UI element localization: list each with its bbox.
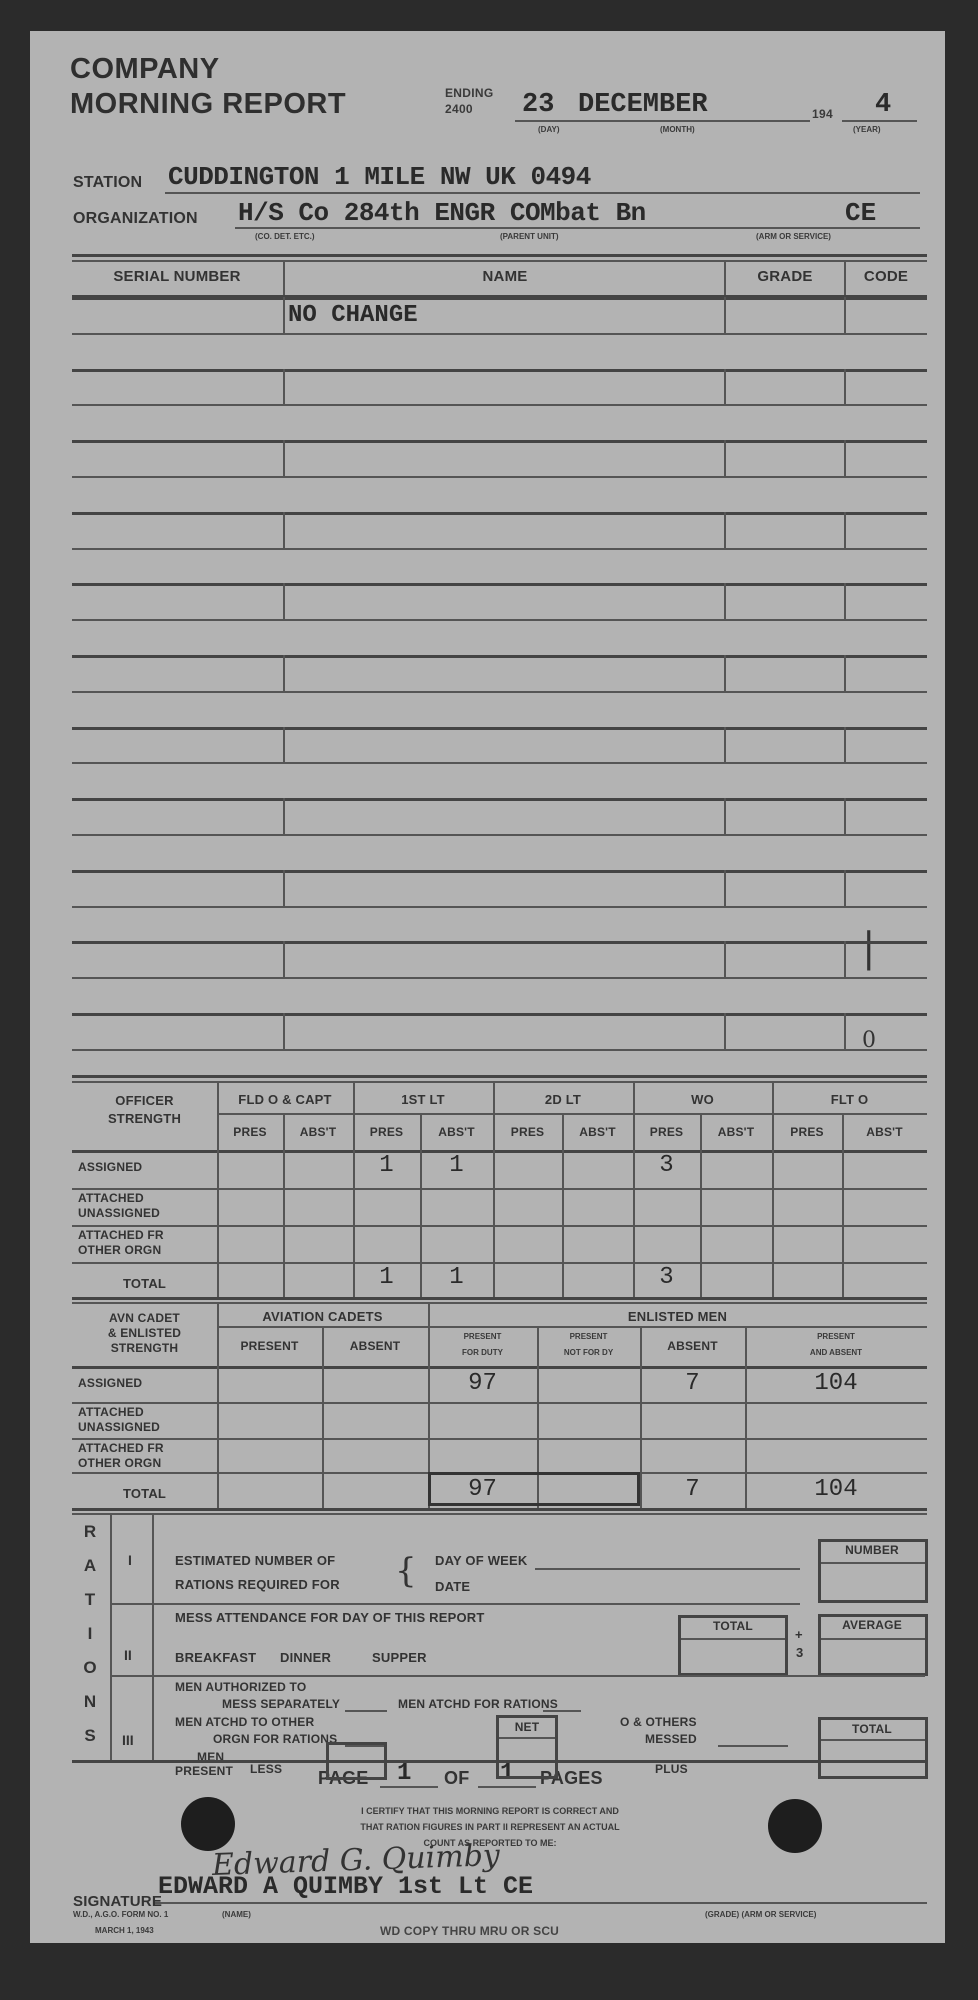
officer-row-label-2: UNASSIGNED	[78, 1206, 160, 1220]
caption-parent: (PARENT UNIT)	[500, 232, 559, 241]
officer-group-0: FLD O & CAPT	[217, 1092, 353, 1107]
officer-sub-header: ABS'T	[842, 1125, 927, 1139]
month-caption: (MONTH)	[660, 125, 695, 134]
enlisted-title-line: STRENGTH	[72, 1341, 217, 1355]
others-1: O & OTHERS	[620, 1715, 697, 1729]
row-rule	[72, 691, 927, 693]
officer-cell[interactable]: 1	[420, 1152, 493, 1179]
net-rule	[499, 1737, 555, 1739]
officer-col-divider	[562, 1113, 564, 1297]
officer-group-2: 2D LT	[493, 1092, 633, 1107]
certify-line: THAT RATION FIGURES IN PART II REPRESENT…	[270, 1819, 710, 1835]
routing-text: WD COPY THRU MRU OR SCU	[380, 1924, 559, 1938]
officer-cell[interactable]: 3	[633, 1264, 700, 1291]
organization-arm[interactable]: CE	[845, 198, 876, 228]
officer-row-label: ATTACHED	[78, 1191, 144, 1206]
station-underline	[165, 192, 920, 194]
officer-sub-header: ABS'T	[283, 1125, 353, 1139]
average-rule	[821, 1638, 925, 1640]
row-rule	[72, 512, 927, 515]
officer-group-4: FLT O	[772, 1092, 927, 1107]
row-rule	[72, 762, 927, 764]
mess-total-label: TOTAL	[678, 1619, 788, 1633]
officer-row-rule	[72, 1225, 927, 1227]
enlisted-sub-header-2: AND ABSENT	[745, 1348, 927, 1357]
enlisted-header-rule	[72, 1366, 927, 1369]
header-serial-number: SERIAL NUMBER	[72, 268, 282, 285]
officer-sub-header: PRES	[217, 1125, 283, 1139]
col-divider	[724, 655, 726, 691]
header-grade: GRADE	[725, 268, 845, 285]
col-divider	[844, 798, 846, 834]
row-rule	[72, 655, 927, 658]
enlisted-cell[interactable]: 7	[640, 1476, 745, 1503]
group-aviation-cadets: AVIATION CADETS	[217, 1309, 428, 1324]
brace-icon: {	[395, 1551, 417, 1591]
rations-divider	[110, 1515, 112, 1760]
station-label: STATION	[73, 174, 142, 192]
rations-divider	[152, 1515, 154, 1760]
year-underline	[842, 120, 917, 122]
col-divider	[844, 655, 846, 691]
men-atchd-rations-label: MEN ATCHD FOR RATIONS	[398, 1697, 558, 1711]
name-caption: (NAME)	[222, 1910, 251, 1919]
dinner-label: DINNER	[280, 1650, 331, 1665]
of-label: OF	[444, 1768, 469, 1789]
plus-label: PLUS	[655, 1762, 688, 1776]
number-box-rule	[821, 1562, 925, 1564]
officer-cell[interactable]: 1	[353, 1264, 420, 1291]
group-enlisted-men: ENLISTED MEN	[428, 1309, 927, 1324]
enlisted-cell[interactable]: 104	[745, 1476, 927, 1503]
col-divider	[724, 941, 726, 977]
first-entry[interactable]: NO CHANGE	[288, 302, 418, 329]
officer-sub-header: PRES	[353, 1125, 420, 1139]
col-divider	[724, 369, 726, 405]
mess-total-rule	[681, 1638, 785, 1640]
col-divider	[724, 512, 726, 548]
col-divider	[283, 583, 285, 619]
col-divider	[724, 583, 726, 619]
rations-side-letter: I	[75, 1624, 105, 1644]
col-divider	[844, 941, 846, 977]
row-rule	[72, 440, 927, 443]
officer-row-label: ASSIGNED	[78, 1160, 142, 1175]
col-divider	[283, 655, 285, 691]
row-rule	[72, 977, 927, 979]
officer-sub-header: ABS'T	[700, 1125, 772, 1139]
row-rule	[72, 727, 927, 730]
less-label: LESS	[250, 1762, 282, 1776]
morning-report-form	[30, 31, 945, 1943]
col-divider	[724, 727, 726, 763]
officer-group-rule	[217, 1113, 927, 1115]
row-rule	[72, 870, 927, 873]
men-present-2: PRESENT	[175, 1764, 233, 1778]
cadet-present-header: PRESENT	[217, 1339, 322, 1353]
col-divider	[283, 1013, 285, 1049]
enlisted-bottom-rule	[72, 1508, 927, 1511]
col-divider	[283, 727, 285, 763]
enlisted-sub-header: PRESENT	[428, 1332, 537, 1341]
table-top-rule-2	[72, 260, 927, 262]
enlisted-col-divider	[322, 1326, 324, 1508]
row-rule	[72, 906, 927, 908]
rations-side-letter: A	[75, 1556, 105, 1576]
col-divider	[283, 941, 285, 977]
day-of-week-field[interactable]	[535, 1568, 800, 1570]
rations-bottom-rule	[72, 1760, 927, 1763]
enlisted-sub-header: ABSENT	[640, 1339, 745, 1353]
mess-attendance-title: MESS ATTENDANCE FOR DAY OF THIS REPORT	[175, 1610, 485, 1625]
part-1-numeral: I	[128, 1552, 132, 1568]
col-divider	[724, 1013, 726, 1049]
officer-row-label-2: OTHER ORGN	[78, 1243, 161, 1257]
mess-separately-field[interactable]	[345, 1710, 387, 1712]
col-divider	[724, 297, 726, 333]
header-code: CODE	[846, 268, 926, 285]
col-divider	[724, 262, 726, 297]
report-month[interactable]: DECEMBER	[578, 90, 708, 120]
col-divider	[283, 870, 285, 906]
men-authorized-2: MESS SEPARATELY	[222, 1697, 340, 1711]
day-of-week-label: DAY OF WEEK	[435, 1553, 528, 1568]
row-rule	[72, 404, 927, 406]
enlisted-row-rule	[72, 1438, 927, 1440]
punch-hole-left	[181, 1797, 235, 1851]
officer-cell[interactable]: 1	[353, 1152, 420, 1179]
atchd-rations-field[interactable]	[543, 1710, 581, 1712]
total-present-box	[428, 1472, 640, 1506]
col-divider	[844, 727, 846, 763]
enlisted-bottom-rule-2	[72, 1513, 927, 1515]
divide-plus: +	[795, 1627, 803, 1642]
header-name: NAME	[285, 268, 725, 285]
rations-side-letter: N	[75, 1692, 105, 1712]
page-number[interactable]: 1	[397, 1760, 411, 1787]
col-divider	[283, 798, 285, 834]
rations-side-letter: T	[75, 1590, 105, 1610]
col-divider	[844, 440, 846, 476]
supper-label: SUPPER	[372, 1650, 427, 1665]
part-divider	[110, 1603, 800, 1605]
date-label: DATE	[435, 1579, 470, 1594]
part-1-line2: RATIONS REQUIRED FOR	[175, 1577, 340, 1592]
signature-underline	[155, 1902, 927, 1904]
row-rule	[72, 548, 927, 550]
row-rule	[72, 1013, 927, 1016]
organization-unit[interactable]: H/S Co 284th ENGR COMbat Bn	[238, 198, 646, 228]
col-divider	[724, 440, 726, 476]
organization-underline	[235, 227, 920, 229]
col-divider	[283, 262, 285, 297]
form-date: MARCH 1, 1943	[95, 1926, 154, 1935]
officer-header-rule	[72, 1150, 927, 1153]
punch-hole-right	[768, 1799, 822, 1853]
col-divider	[283, 512, 285, 548]
enlisted-row-rule	[72, 1402, 927, 1404]
row-rule	[72, 619, 927, 621]
officer-col-divider	[700, 1113, 702, 1297]
col-divider	[283, 369, 285, 405]
officer-title-2: STRENGTH	[72, 1110, 217, 1128]
col-divider	[844, 583, 846, 619]
col-divider	[844, 262, 846, 297]
others-field[interactable]	[718, 1745, 788, 1747]
rations-side-letter: O	[75, 1658, 105, 1678]
part-1-line1: ESTIMATED NUMBER OF	[175, 1553, 335, 1568]
officer-group-1: 1ST LT	[353, 1092, 493, 1107]
year-prefix: 194	[812, 107, 833, 121]
part-2-numeral: II	[124, 1647, 132, 1663]
officer-bottom-rule-2	[72, 1302, 927, 1304]
officer-sub-header: PRES	[493, 1125, 562, 1139]
col-divider	[844, 369, 846, 405]
enlisted-row-label-2: UNASSIGNED	[78, 1420, 160, 1434]
part-divider	[110, 1675, 925, 1677]
enlisted-sub-header: PRESENT	[537, 1332, 640, 1341]
signature-label: SIGNATURE	[73, 1893, 162, 1910]
enlisted-sub-header-2: FOR DUTY	[428, 1348, 537, 1357]
row-rule	[72, 798, 927, 801]
col-divider	[724, 870, 726, 906]
enlisted-cell[interactable]: 7	[640, 1370, 745, 1397]
officer-sub-header: PRES	[772, 1125, 842, 1139]
average-label: AVERAGE	[818, 1618, 926, 1632]
row-rule	[72, 297, 927, 300]
enlisted-row-label: ATTACHED	[78, 1405, 144, 1419]
officer-col-divider	[493, 1083, 495, 1297]
signature-typed-name[interactable]: EDWARD A QUIMBY 1st Lt CE	[158, 1872, 533, 1901]
men-atchd-other-1: MEN ATCHD TO OTHER	[175, 1715, 314, 1729]
rations-side-letter: R	[75, 1522, 105, 1542]
col-divider	[283, 440, 285, 476]
officer-row-rule	[72, 1262, 927, 1264]
enlisted-row-label: ASSIGNED	[78, 1376, 142, 1390]
officer-bottom-rule	[72, 1297, 927, 1300]
row-rule	[72, 1049, 927, 1051]
col-divider	[844, 297, 846, 333]
enlisted-title-line: AVN CADET	[72, 1311, 217, 1325]
table-top-rule	[72, 254, 927, 257]
day-caption: (DAY)	[538, 125, 559, 134]
officer-top-rule-2	[72, 1081, 927, 1083]
men-authorized-1: MEN AUTHORIZED TO	[175, 1680, 306, 1694]
officer-top-rule	[72, 1075, 927, 1078]
enlisted-cell[interactable]: 104	[745, 1370, 927, 1397]
enlisted-title-line: & ENLISTED	[72, 1326, 217, 1340]
margin-mark: |	[862, 925, 875, 971]
enlisted-row-label-2: OTHER ORGN	[78, 1456, 161, 1470]
rations-total-rule	[821, 1739, 925, 1741]
ending-time: 2400	[445, 102, 473, 116]
col-divider	[844, 1013, 846, 1049]
officer-col-divider	[217, 1083, 219, 1297]
officer-sub-header: PRES	[633, 1125, 700, 1139]
net-label: NET	[496, 1720, 558, 1734]
officer-title-1: OFFICER	[72, 1092, 217, 1110]
officer-sub-header: ABS'T	[420, 1125, 493, 1139]
officer-col-divider	[772, 1083, 774, 1297]
officer-row-label: ATTACHED FR	[78, 1228, 164, 1243]
enlisted-cell[interactable]: 97	[428, 1370, 537, 1397]
row-rule	[72, 583, 927, 586]
form-number: W.D., A.G.O. FORM NO. 1	[73, 1910, 168, 1919]
officer-cell[interactable]: 3	[633, 1152, 700, 1179]
officer-row-label: TOTAL	[72, 1276, 217, 1291]
officer-strength-title: OFFICER STRENGTH	[72, 1092, 217, 1128]
others-2: MESSED	[645, 1732, 697, 1746]
form-title-line1: COMPANY	[70, 55, 220, 84]
rations-total-label: TOTAL	[818, 1722, 926, 1736]
part-3-numeral: III	[122, 1732, 134, 1748]
certify-line: I CERTIFY THAT THIS MORNING REPORT IS CO…	[270, 1803, 710, 1819]
breakfast-label: BREAKFAST	[175, 1650, 256, 1665]
enlisted-sub-header: PRESENT	[745, 1332, 927, 1341]
caption-unit: (CO. DET. ETC.)	[255, 232, 315, 241]
number-label: NUMBER	[818, 1543, 926, 1557]
cadet-absent-header: ABSENT	[322, 1339, 428, 1353]
officer-group-3: WO	[633, 1092, 772, 1107]
row-rule	[72, 369, 927, 372]
rations-side-letter: S	[75, 1726, 105, 1746]
report-year[interactable]: 4	[875, 90, 891, 120]
officer-col-divider	[283, 1113, 285, 1297]
col-divider	[844, 512, 846, 548]
organization-label: ORGANIZATION	[73, 210, 198, 228]
form-title-line2: MORNING REPORT	[70, 90, 346, 119]
enlisted-row-label: TOTAL	[72, 1486, 217, 1501]
men-atchd-other-2: ORGN FOR RATIONS	[213, 1732, 337, 1746]
col-divider	[844, 870, 846, 906]
enlisted-row-label: ATTACHED FR	[78, 1441, 164, 1455]
station-value[interactable]: CUDDINGTON 1 MILE NW UK 0494	[168, 162, 591, 192]
enlisted-sub-header-2: NOT FOR DY	[537, 1348, 640, 1357]
enlisted-col-divider	[217, 1302, 219, 1508]
officer-cell[interactable]: 1	[420, 1264, 493, 1291]
ending-label: ENDING	[445, 86, 493, 100]
col-divider	[724, 798, 726, 834]
officer-sub-header: ABS'T	[562, 1125, 633, 1139]
date-underline	[515, 120, 810, 122]
officer-col-divider	[842, 1113, 844, 1297]
col-divider	[283, 297, 285, 333]
divide-three: 3	[796, 1645, 803, 1660]
officer-row-rule	[72, 1188, 927, 1190]
report-day[interactable]: 23	[522, 90, 554, 120]
row-rule	[72, 941, 927, 944]
row-rule	[72, 333, 927, 335]
grade-caption: (GRADE) (ARM OR SERVICE)	[705, 1910, 816, 1919]
year-caption: (YEAR)	[853, 125, 881, 134]
row-rule	[72, 834, 927, 836]
caption-arm: (ARM OR SERVICE)	[756, 232, 831, 241]
row-rule	[72, 476, 927, 478]
